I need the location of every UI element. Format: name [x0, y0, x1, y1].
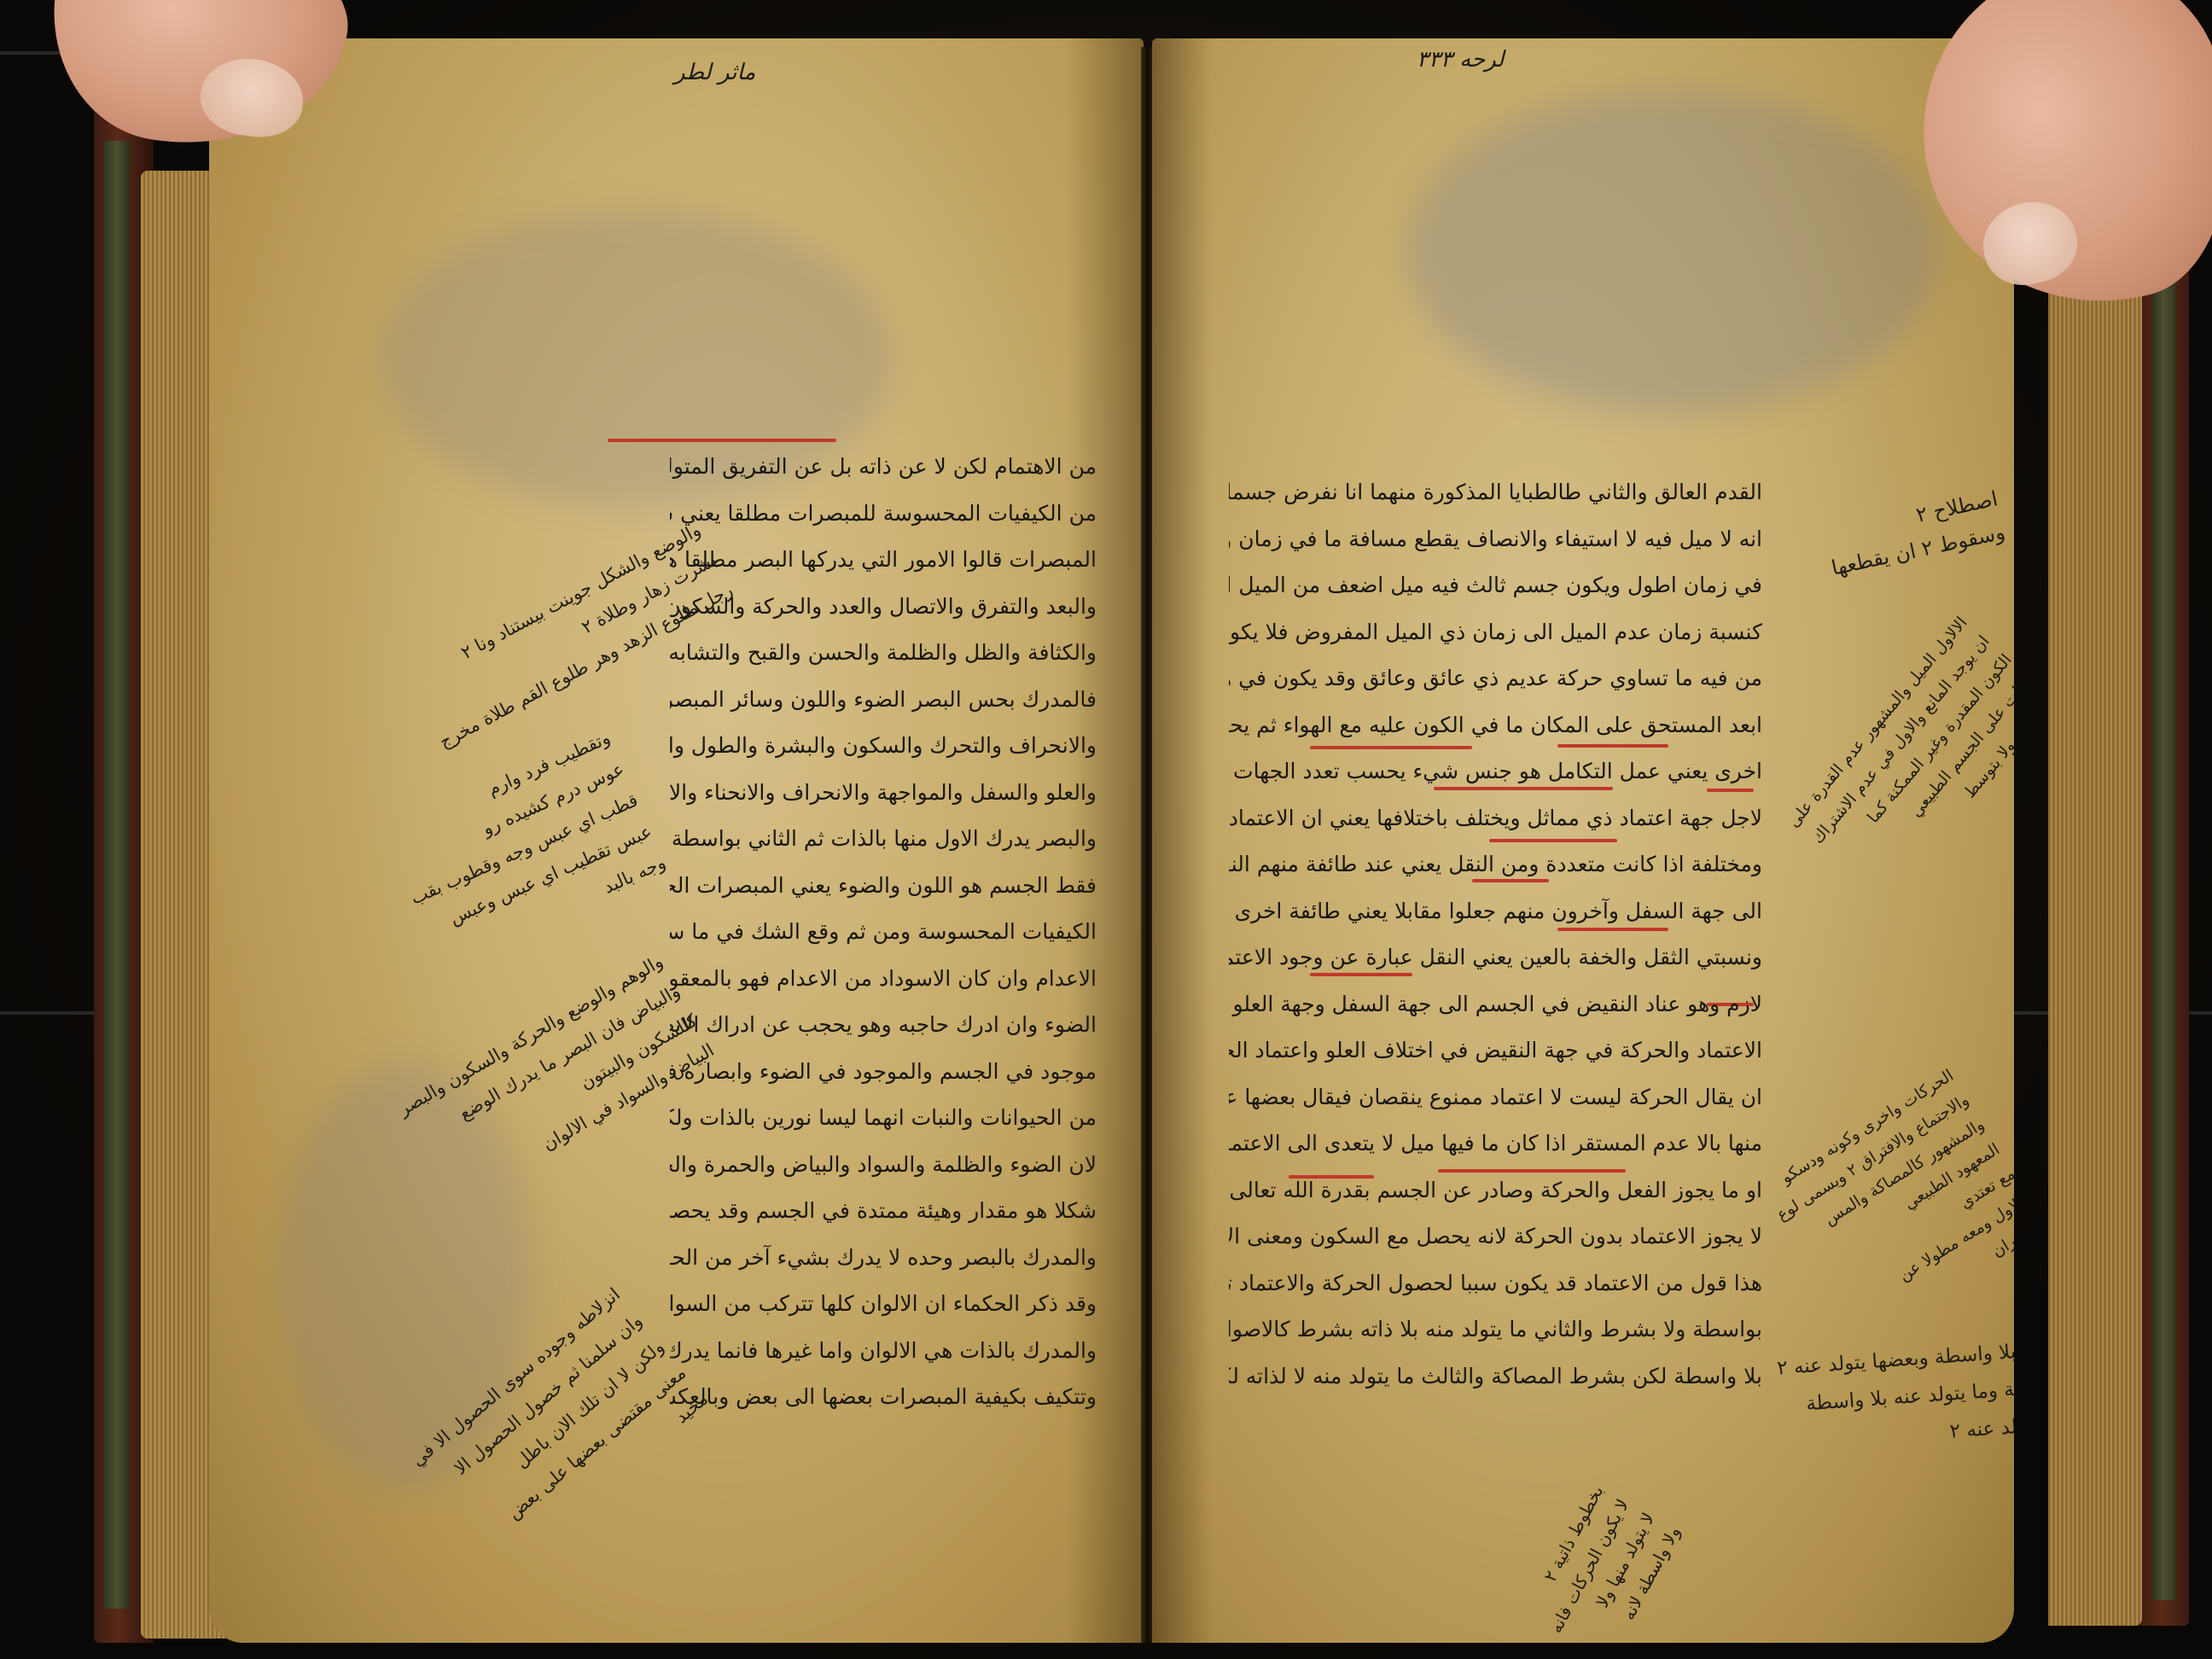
text-line: من الكيفيات المحسوسة للمبصرات مطلقا يعني… [670, 491, 1097, 538]
text-line: الى جهة السفل وآخرون منهم جعلوا مقابلا ي… [1229, 888, 1762, 935]
text-line: لا يجوز الاعتماد بدون الحركة لانه يحصل م… [1229, 1214, 1762, 1260]
margin-note-right-bottom: بخطوط ذاتية ٢ لا يكون الحركات فانه لا يت… [1516, 1480, 1688, 1643]
left-page: ماثر لطر من الاهتمام لكن لا عن ذاته بل ع… [209, 38, 1144, 1643]
text-line: شكلا هو مقدار وهيئة ممتدة في الجسم وقد ي… [670, 1188, 1097, 1235]
margin-note-right-lower: يعني بلا واسطة وبعضها يتولد عنه ٢ واسطة … [1776, 1330, 2014, 1463]
text-line: موجود في الجسم والموجود في الضوء وابصاره… [670, 1049, 1097, 1096]
text-line: انه لا ميل فيه لا استيفاء والانصاف يقطع … [1229, 516, 1762, 563]
text-line: لازم وهو عناد النقيض في الجسم الى جهة ال… [1229, 981, 1762, 1028]
text-line: بواسطة ولا بشرط والثاني ما يتولد منه بلا… [1229, 1307, 1762, 1353]
text-line: كنسبة زمان عدم الميل الى زمان ذي الميل ا… [1229, 609, 1762, 656]
text-line: ابعد المستحق على المكان ما في الكون عليه… [1229, 702, 1762, 749]
page-header-note-right: لرحه ٣٣٣ [1417, 47, 1504, 73]
text-line: الكيفيات المحسوسة ومن ثم وقع الشك في ما … [670, 909, 1097, 956]
text-line: ومختلفة اذا كانت متعددة ومن النقل يعني ع… [1229, 841, 1762, 888]
text-line: الضوء وان ادرك حاجبه وهو يحجب عن ادراك ا… [670, 1002, 1097, 1049]
text-line: لان الضوء والظلمة والسواد والبياض والحمر… [670, 1142, 1097, 1189]
text-line: ونسبتي الثقل والخفة بالعين يعني النقل عب… [1229, 934, 1762, 981]
margin-note-right-middle: الحركات واخرى وكونه ودسكو والاجتماع والا… [1755, 1062, 2014, 1352]
text-line: لاجل جهة اعتماد ذي مماثل ويختلف باختلافه… [1229, 795, 1762, 842]
text-line: والمدرك بالبصر وحده لا يدرك بشيء آخر من … [670, 1235, 1097, 1282]
text-line: من فيه ما تساوي حركة عديم ذي عائق وعائق … [1229, 655, 1762, 702]
margin-note-right-upper: الالاول الميل والمشهور عدم القدرة على ان… [1780, 610, 2014, 909]
text-line: ان يقال الحركة ليست لا اعتماد ممنوع ينقص… [1229, 1074, 1762, 1121]
text-line: وتتكيف بكيفية المبصرات بعضها الى بعض وبا… [670, 1374, 1097, 1421]
text-line: القدم العالق والثاني طالطبايا المذكورة م… [1229, 469, 1762, 516]
text-line: في زمان اطول ويكون جسم ثالث فيه ميل اضعف… [1229, 562, 1762, 609]
text-line: فالمدرك بحس البصر الضوء واللون وسائر الم… [670, 677, 1097, 724]
stain [1408, 90, 1937, 414]
text-line: فقط الجسم هو اللون والضوء يعني المبصرات … [670, 863, 1097, 910]
text-line: اخرى يعني عمل التكامل هو جنس شيء يحسب تع… [1229, 748, 1762, 795]
text-line: والبصر يدرك الاول منها بالذات ثم الثاني … [670, 816, 1097, 863]
text-line: او ما يجوز الفعل والحركة وصادر عن الجسم … [1229, 1167, 1762, 1214]
margin-note-left-middle: وتقطيب فرد وارم عوس درم كشيده رو قطب اي … [377, 721, 672, 977]
text-line: من الاهتمام لكن لا عن ذاته بل عن التفريق… [670, 444, 1097, 491]
text-line: المبصرات قالوا الامور التي يدركها البصر … [670, 537, 1097, 584]
text-line: والمدرك بالذات هي الالوان واما غيرها فان… [670, 1328, 1097, 1375]
text-line: الاعتماد والحركة في جهة النقيض في اختلاف… [1229, 1027, 1762, 1074]
text-line: منها بالا عدم المستقر اذا كان ما فيها مي… [1229, 1121, 1762, 1167]
text-line: والعلو والسفل والمواجهة والانحراف والانح… [670, 770, 1097, 817]
text-line: هذا قول من الاعتماد قد يكون سببا لحصول ا… [1229, 1260, 1762, 1307]
text-line: الاعدام وان كان الاسوداد من الاعدام فهو … [670, 956, 1097, 1003]
text-line: والانحراف والتحرك والسكون والبشرة والطول… [670, 723, 1097, 770]
open-manuscript: ماثر لطر من الاهتمام لكن لا عن ذاته بل ع… [90, 30, 2189, 1651]
page-header-note-left: ماثر لطر [674, 60, 755, 85]
right-main-text: القدم العالق والثاني طالطبايا المذكورة م… [1229, 469, 1762, 1400]
right-page: لرحه ٣٣٣ القدم العالق والثاني طالطبايا ا… [1152, 38, 2014, 1643]
page-edges-right [2048, 183, 2142, 1626]
text-line: من الحيوانات والنبات انهما ليسا نورين با… [670, 1095, 1097, 1142]
margin-note-right-top: اصطلاح ٢ وسقوط ٢ ان يقطعها [1821, 481, 2008, 585]
text-line: وقد ذكر الحكماء ان الالوان كلها تتركب من… [670, 1281, 1097, 1328]
text-line: والكثافة والظل والظلمة والحسن والقبح وال… [670, 630, 1097, 677]
left-main-text: من الاهتمام لكن لا عن ذاته بل عن التفريق… [670, 444, 1097, 1421]
text-line: بلا واسطة لكن بشرط المصاكة والثالث ما يت… [1229, 1353, 1762, 1400]
rubric-overline [608, 439, 836, 442]
